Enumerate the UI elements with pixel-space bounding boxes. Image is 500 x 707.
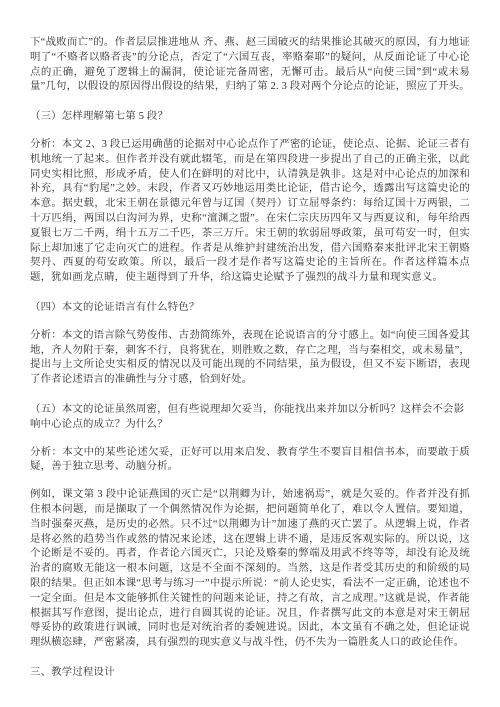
section-heading-4: （四）本文的论证语言有什么特色？ <box>30 301 470 316</box>
section-heading-3: （三）怎样理解第七第 5 段？ <box>30 110 470 125</box>
document-page: 下“战败而亡”的。作者层层推进地从 齐、燕、赵三国破灭的结果推论其破灭的原因，有… <box>0 0 500 707</box>
paragraph-analysis-3: 分析：本文 2、3 段已运用确凿的论据对中心论点作了严密的论证，使论点、论据、论… <box>30 138 470 286</box>
paragraph-analysis-5: 分析：本文中的某些论述欠妥，正好可以用来启发、教育学生不要盲目相信书本，而要敢于… <box>30 446 470 476</box>
paragraph-example-analysis: 例如，课文第 3 段中论证燕国的灭亡是“以荆卿为计，始速祸焉”，就是欠妥的。作者… <box>30 488 470 651</box>
section-heading-5: （五）本文的论证虽然周密，但有些说理却欠妥当，你能找出来并加以分析吗？这样会不会… <box>30 403 470 433</box>
paragraph-conclusion-continued: 下“战败而亡”的。作者层层推进地从 齐、燕、赵三国破灭的结果推论其破灭的原因，有… <box>30 36 470 95</box>
section-heading-teaching-process: 三、教学过程设计 <box>30 666 470 681</box>
paragraph-analysis-4: 分析：本文的语言除气势俊伟、古劲简练外，表现在论说语言的分寸感上。如“向使三国各… <box>30 329 470 388</box>
